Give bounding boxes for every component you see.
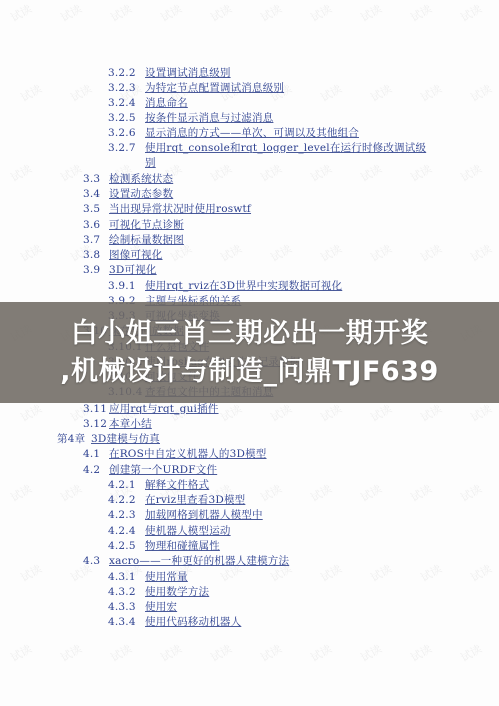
toc-entry-number: 3.2.5 [108,111,145,125]
toc-entry[interactable]: 4.2.3加载网格到机器人模型中 [108,508,263,522]
toc-entry-title: 检测系统状态 [109,173,173,185]
watermark-stamp: 试读 [317,241,344,266]
watermark-stamp: 试读 [17,81,44,106]
toc-entry-title: 显示消息的方式——单次、可调以及其他组合 [145,127,359,139]
toc-entry[interactable]: 3.2.4消息命名 [108,96,188,110]
watermark-stamp: 试读 [157,641,184,666]
toc-entry[interactable]: 3.12本章小结 [83,417,152,431]
toc-entry-title: 使用宏 [145,601,177,613]
toc-entry-number: 4.2 [83,463,109,477]
watermark-stamp: 试读 [407,641,434,666]
watermark-stamp: 试读 [67,81,94,106]
toc-entry-title: 创建第一个URDF文件 [109,464,217,476]
toc-entry-title: 绘制标量数据图 [109,234,184,246]
watermark-stamp: 试读 [367,561,394,586]
watermark-stamp: 试读 [257,1,284,26]
watermark-stamp: 试读 [317,81,344,106]
watermark-stamp: 试读 [257,161,284,186]
toc-entry-number: 3.5 [83,202,109,216]
watermark-stamp: 试读 [307,1,334,26]
watermark-stamp: 试读 [217,241,244,266]
toc-entry-number: 3.9.1 [108,279,145,293]
watermark-stamp: 试读 [357,1,384,26]
watermark-stamp: 试读 [307,161,334,186]
watermark-stamp: 试读 [207,1,234,26]
toc-entry-title: 本章小结 [109,418,152,430]
watermark-stamp: 试读 [217,401,244,426]
watermark-stamp: 试读 [407,161,434,186]
toc-entry-title: 设置动态参数 [109,188,173,200]
toc-entry-title: 图像可视化 [109,249,163,261]
toc-entry-number: 3.12 [83,417,109,431]
toc-entry-number: 4.1 [83,447,109,461]
toc-entry[interactable]: 4.3xacro——一种更好的机器人建模方法 [83,554,289,568]
toc-entry-title: 别 [145,157,156,169]
watermark-stamp: 试读 [317,401,344,426]
watermark-stamp: 试读 [467,241,494,266]
toc-entry[interactable]: 4.3.2使用数学方法 [108,585,209,599]
toc-entry-title: 使机器人模型运动 [145,525,231,537]
toc-entry[interactable]: 3.9.1使用rqt_rviz在3D世界中实现数据可视化 [108,279,342,293]
watermark-stamp: 试读 [7,641,34,666]
watermark-stamp: 试读 [57,161,84,186]
toc-entry-title: 按条件显示消息与过滤消息 [145,112,273,124]
toc-entry-number: 4.2.3 [108,508,145,522]
watermark-stamp: 试读 [367,241,394,266]
toc-entry-title: 物理和碰撞属性 [145,540,220,552]
watermark-stamp: 试读 [457,481,484,506]
toc-entry-number: 4.2.4 [108,524,145,538]
toc-entry[interactable]: 4.2.2在rviz里查看3D模型 [108,493,245,507]
watermark-stamp: 试读 [17,241,44,266]
watermark-stamp: 试读 [307,481,334,506]
toc-entry[interactable]: 3.8图像可视化 [83,248,163,262]
watermark-stamp: 试读 [57,1,84,26]
watermark-stamp: 试读 [467,81,494,106]
toc-entry-title: 使用代码移动机器人 [145,616,241,628]
watermark-stamp: 试读 [417,241,444,266]
toc-entry-title: 使用rqt_console和rqt_logger_level在运行时修改调试级 [145,142,426,154]
watermark-stamp: 试读 [417,401,444,426]
toc-entry-title: 解释文件格式 [145,479,209,491]
watermark-stamp: 试读 [307,641,334,666]
toc-entry-number: 4.2.5 [108,539,145,553]
toc-entry-number: 3.8 [83,248,109,262]
watermark-stamp: 试读 [7,1,34,26]
watermark-stamp: 试读 [157,1,184,26]
watermark-stamp: 试读 [367,401,394,426]
watermark-stamp: 试读 [207,641,234,666]
watermark-stamp: 试读 [57,481,84,506]
watermark-stamp: 试读 [407,1,434,26]
overlay-title-line-2: ,机械设计与制造_问鼎TJF639 [60,353,439,391]
toc-entry[interactable]: 3.2.6显示消息的方式——单次、可调以及其他组合 [108,126,359,140]
toc-entry[interactable]: 4.3.4使用代码移动机器人 [108,615,241,629]
toc-entry-title: 3D建模与仿真 [91,433,160,445]
toc-entry-number: 3.2.7 [108,141,145,155]
watermark-stamp: 试读 [467,561,494,586]
watermark-stamp: 试读 [267,401,294,426]
toc-entry-number: 4.3.1 [108,570,145,584]
toc-entry[interactable]: 3.2.2设置调试消息级别 [108,66,231,80]
toc-entry[interactable]: 3.2.5按条件显示消息与过滤消息 [108,111,273,125]
toc-entry[interactable]: 3.5当出现异常状况时使用roswtf [83,202,251,216]
toc-entry[interactable]: 别 [108,156,156,170]
watermark-stamp: 试读 [457,641,484,666]
watermark-stamp: 试读 [457,1,484,26]
watermark-stamp: 试读 [417,561,444,586]
watermark-stamp: 试读 [457,161,484,186]
watermark-stamp: 试读 [17,561,44,586]
toc-entry-number: 3.11 [83,402,109,416]
toc-entry[interactable]: 3.7绘制标量数据图 [83,233,184,247]
toc-entry-number: 3.4 [83,187,109,201]
watermark-stamp: 试读 [57,641,84,666]
toc-entry-title: 使用rqt_rviz在3D世界中实现数据可视化 [145,280,342,292]
toc-entry-title: 应用rqt与rqt_gui插件 [109,403,219,415]
toc-entry-number: 3.2.6 [108,126,145,140]
toc-entry[interactable]: 4.3.1使用常量 [108,570,188,584]
watermark-stamp: 试读 [267,241,294,266]
toc-entry-title: 当出现异常状况时使用roswtf [109,203,251,215]
toc-entry[interactable]: 4.2.4使机器人模型运动 [108,524,231,538]
watermark-stamp: 试读 [357,641,384,666]
toc-entry-number: 3.3 [83,172,109,186]
toc-entry[interactable]: 4.3.3使用宏 [108,600,177,614]
toc-entry-number: 3.7 [83,233,109,247]
toc-entry-title: 消息命名 [145,97,188,109]
toc-entry-number: 4.3.4 [108,615,145,629]
toc-entry[interactable]: 4.2创建第一个URDF文件 [83,463,217,477]
toc-entry[interactable]: 3.2.3为特定节点配置调试消息级别 [108,81,284,95]
watermark-stamp: 试读 [407,481,434,506]
toc-entry-number: 3.6 [83,218,109,232]
watermark-stamp: 试读 [7,161,34,186]
toc-entry-title: 为特定节点配置调试消息级别 [145,82,284,94]
watermark-stamp: 试读 [317,561,344,586]
toc-entry[interactable]: 3.2.7使用rqt_console和rqt_logger_level在运行时修… [108,141,426,155]
watermark-stamp: 试读 [357,161,384,186]
toc-entry-title: 设置调试消息级别 [145,67,231,79]
watermark-stamp: 试读 [257,641,284,666]
toc-entry-title: xacro——一种更好的机器人建模方法 [109,555,289,567]
toc-entry-title: 在rviz里查看3D模型 [145,494,245,506]
watermark-stamp: 试读 [357,481,384,506]
toc-entry-number: 4.3.3 [108,600,145,614]
watermark-stamp: 试读 [107,641,134,666]
toc-entry-number: 3.2.2 [108,66,145,80]
watermark-stamp: 试读 [7,481,34,506]
toc-entry[interactable]: 4.2.5物理和碰撞属性 [108,539,220,553]
toc-entry-number: 第4章 [57,432,91,446]
toc-entry-number: 4.2.1 [108,478,145,492]
toc-entry[interactable]: 3.3检测系统状态 [83,172,173,186]
toc-entry-number: 3.9 [83,263,109,277]
toc-entry[interactable]: 4.1在ROS中自定义机器人的3D模型 [83,447,267,461]
toc-entry[interactable]: 4.2.1解释文件格式 [108,478,209,492]
toc-entry[interactable]: 第4章3D建模与仿真 [57,432,160,446]
toc-entry-title: 使用常量 [145,571,188,583]
watermark-stamp: 试读 [17,401,44,426]
watermark-stamp: 试读 [207,161,234,186]
watermark-stamp: 试读 [257,481,284,506]
toc-entry-title: 使用数学方法 [145,586,209,598]
toc-entry-number: 4.2.2 [108,493,145,507]
toc-entry-title: 加载网格到机器人模型中 [145,509,263,521]
overlay-title-line-1: 白小姐三肖三期必出一期开奖 [71,315,429,353]
watermark-stamp: 试读 [467,401,494,426]
watermark-stamp: 试读 [107,1,134,26]
toc-entry-title: 在ROS中自定义机器人的3D模型 [109,448,267,460]
toc-entry-number: 4.3 [83,554,109,568]
toc-entry-number: 4.3.2 [108,585,145,599]
toc-entry-title: 可视化节点诊断 [109,219,184,231]
watermark-stamp: 试读 [367,81,394,106]
toc-entry[interactable]: 3.11应用rqt与rqt_gui插件 [83,402,219,416]
toc-entry[interactable]: 3.6可视化节点诊断 [83,218,184,232]
toc-entry[interactable]: 3.4设置动态参数 [83,187,173,201]
toc-entry-number: 3.2.4 [108,96,145,110]
title-overlay-banner: 白小姐三肖三期必出一期开奖 ,机械设计与制造_问鼎TJF639 [0,302,499,403]
toc-entry[interactable]: 3.93D可视化 [83,263,157,277]
toc-entry-title: 3D可视化 [109,264,157,276]
watermark-stamp: 试读 [417,81,444,106]
toc-entry-number: 3.2.3 [108,81,145,95]
